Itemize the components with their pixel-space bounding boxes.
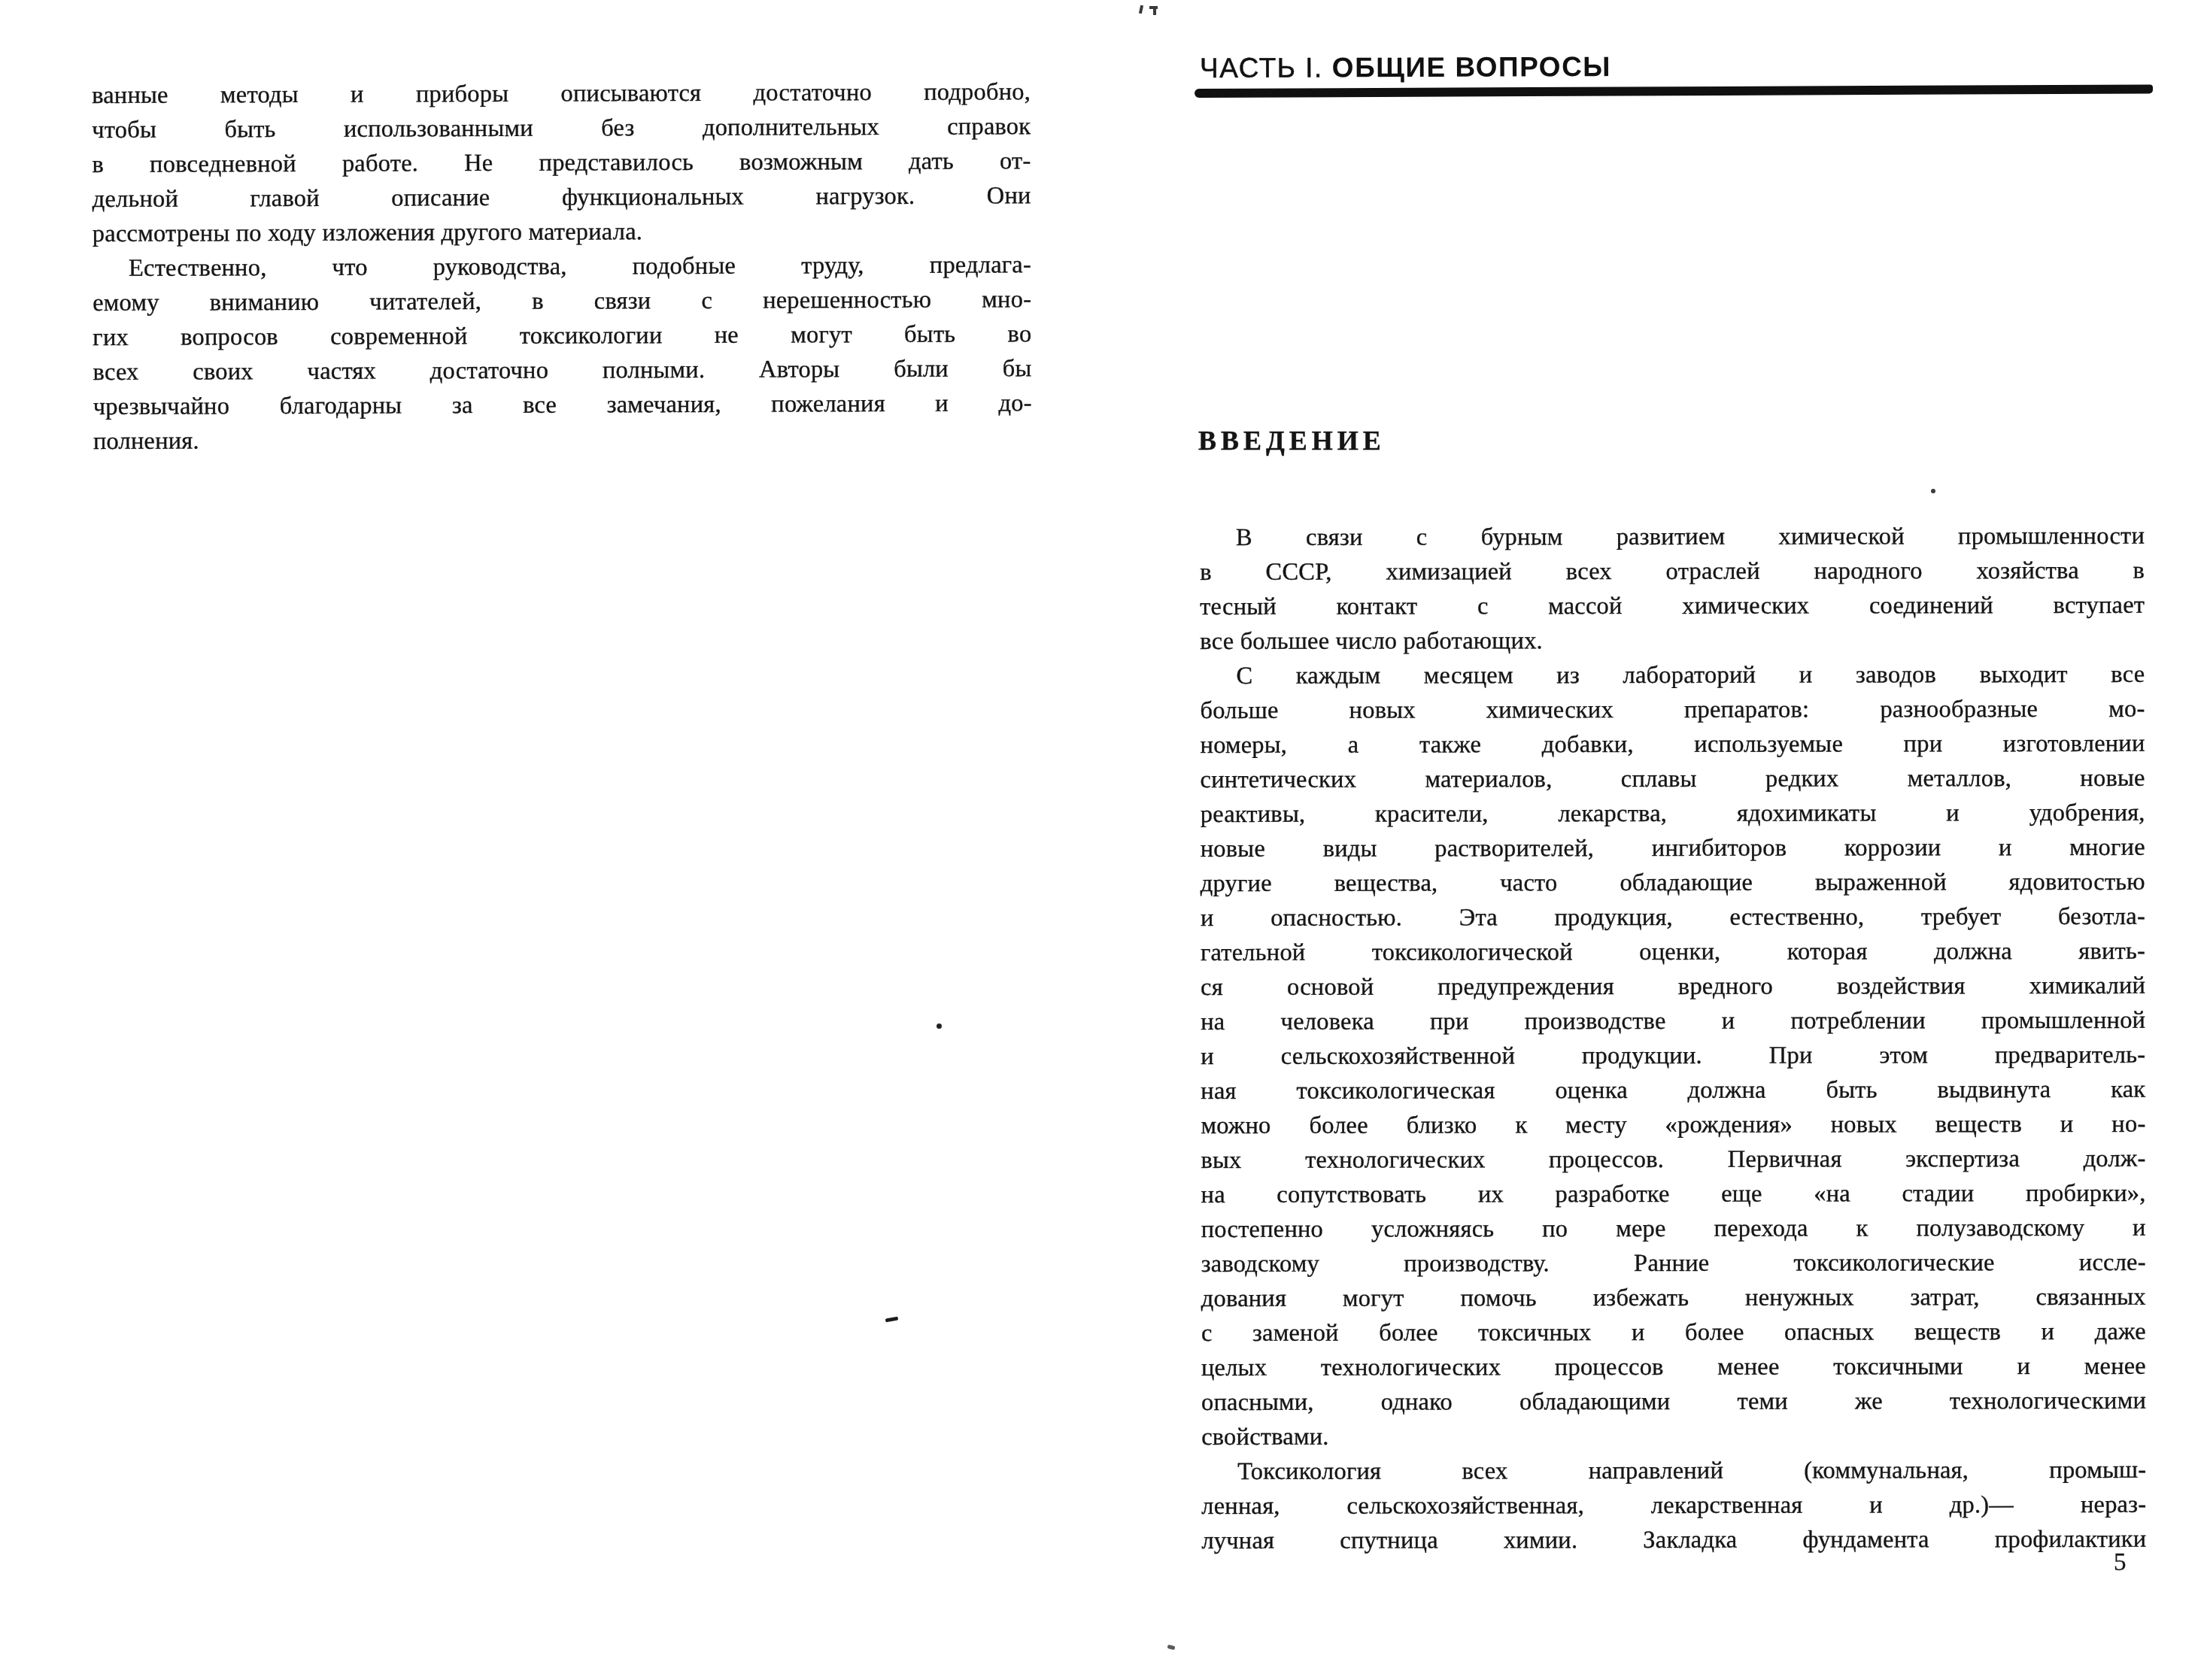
book-scan-spread: { "page": { "colors": { "background": "#… bbox=[0, 0, 2204, 1680]
text-line: дования могут помочь избежать ненужных з… bbox=[1201, 1280, 2146, 1316]
text-line: дельной главой описание функциональных н… bbox=[93, 178, 1031, 217]
text-line: опасными, однако обладающими теми же тех… bbox=[1201, 1384, 2146, 1420]
ink-speck bbox=[885, 1317, 899, 1323]
text-line: всех своих частях достаточно полными. Ав… bbox=[93, 351, 1031, 390]
text-line: полнения. bbox=[93, 420, 1032, 459]
text-line: гательной токсикологической оценки, кото… bbox=[1201, 934, 2145, 970]
text-line: ная токсикологическая оценка должна быть… bbox=[1201, 1072, 2145, 1108]
text-line: синтетических материалов, сплавы редких … bbox=[1201, 761, 2145, 797]
text-line: больше новых химических препаратов: разн… bbox=[1200, 692, 2145, 728]
text-line: номеры, а также добавки, используемые пр… bbox=[1200, 726, 2145, 763]
part-label: ЧАСТЬ I. bbox=[1200, 52, 1323, 83]
ink-speck bbox=[1167, 1645, 1176, 1650]
text-line: Естественно, что руководства, подобные т… bbox=[93, 247, 1031, 286]
text-line: с заменой более токсичных и более опасны… bbox=[1201, 1315, 2146, 1351]
ink-speck bbox=[1139, 5, 1143, 14]
text-line: С каждым месяцем из лабораторий и заводо… bbox=[1200, 657, 2145, 693]
left-page-text: ванные методы и приборы описываются дост… bbox=[92, 74, 1032, 459]
text-line: целых технологических процессов менее то… bbox=[1201, 1349, 2146, 1385]
text-line: свойствами. bbox=[1201, 1418, 2146, 1454]
text-line: чтобы быть использованными без дополните… bbox=[92, 109, 1031, 147]
page-number: 5 bbox=[2114, 1548, 2127, 1578]
text-line: лучная спутница химии. Закладка фундамен… bbox=[1201, 1522, 2146, 1558]
ink-speck bbox=[1153, 6, 1156, 15]
text-line: ся основой предупреждения вредного возде… bbox=[1201, 969, 2145, 1005]
text-line: в СССР, химизацией всех отраслей народно… bbox=[1200, 553, 2145, 590]
section-title: ВВЕДЕНИЕ bbox=[1198, 424, 1386, 457]
text-line: постепенно усложняясь по мере перехода к… bbox=[1201, 1211, 2146, 1247]
text-line: рассмотрены по ходу изложения другого ма… bbox=[93, 213, 1031, 251]
text-line: реактивы, красители, лекарства, ядохимик… bbox=[1201, 796, 2145, 832]
text-line: гих вопросов современной токсикологии не… bbox=[93, 317, 1031, 355]
text-line: на человека при производстве и потреблен… bbox=[1201, 1003, 2145, 1039]
text-line: и сельскохозяйственной продукции. При эт… bbox=[1201, 1038, 2145, 1074]
ink-speck bbox=[1931, 489, 1935, 493]
part-title: ОБЩИЕ ВОПРОСЫ bbox=[1332, 51, 1611, 83]
text-line: в повседневной работе. Не представилось … bbox=[92, 144, 1031, 182]
text-line: можно более близко к месту «рождения» но… bbox=[1201, 1107, 2145, 1143]
header-rule bbox=[1195, 84, 2153, 98]
text-line: чрезвычайно благодарны за все замечания,… bbox=[93, 386, 1032, 424]
text-line: все большее число работающих. bbox=[1200, 623, 2145, 659]
text-line: вых технологических процессов. Первичная… bbox=[1201, 1142, 2145, 1178]
ink-speck bbox=[937, 1023, 942, 1029]
text-line: ванные методы и приборы описываются дост… bbox=[92, 74, 1031, 113]
text-line: тесный контакт с массой химических соеди… bbox=[1200, 588, 2145, 624]
text-line: В связи с бурным развитием химической пр… bbox=[1200, 519, 2145, 555]
text-line: новые виды растворителей, ингибиторов ко… bbox=[1201, 830, 2145, 866]
text-line: ленная, сельскохозяйственная, лекарствен… bbox=[1201, 1487, 2146, 1524]
part-header: ЧАСТЬ I.ОБЩИЕ ВОПРОСЫ bbox=[1200, 49, 2163, 85]
text-line: емому вниманию читателей, в связи с нере… bbox=[93, 282, 1031, 320]
text-line: и опасностью. Эта продукция, естественно… bbox=[1201, 899, 2145, 936]
text-line: на сопутствовать их разработке еще «на с… bbox=[1201, 1176, 2146, 1212]
text-line: Токсикология всех направлений (коммуналь… bbox=[1201, 1453, 2146, 1489]
right-page-text: В связи с бурным развитием химической пр… bbox=[1200, 519, 2146, 1558]
text-line: другие вещества, часто обладающие выраже… bbox=[1201, 865, 2145, 901]
text-line: заводскому производству. Ранние токсикол… bbox=[1201, 1245, 2146, 1281]
